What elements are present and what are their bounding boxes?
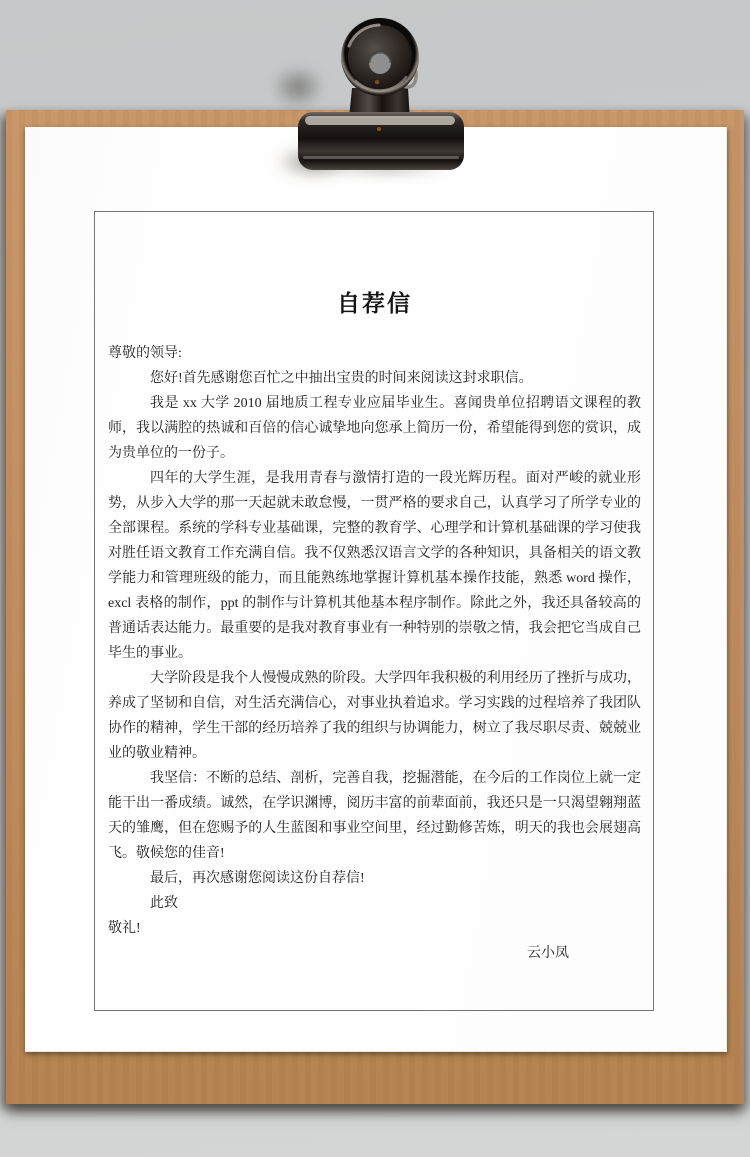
binder-clip (286, 6, 468, 176)
clip-bar-top-highlight (305, 116, 455, 125)
letter-salutation: 尊敬的领导: (108, 341, 641, 366)
letter-paragraph: 最后，再次感谢您阅读这份自荐信! (108, 866, 641, 891)
letter-signature: 云小凤 (108, 941, 641, 966)
clip-bar-glint (377, 127, 381, 131)
clipboard-board: 自荐信 尊敬的领导: 您好!首先感谢您百忙之中抽出宝贵的时间来阅读这封求职信。 … (6, 110, 744, 1104)
letter-border-frame: 自荐信 尊敬的领导: 您好!首先感谢您百忙之中抽出宝贵的时间来阅读这封求职信。 … (94, 211, 654, 1011)
letter-paragraph: 我坚信：不断的总结、剖析，完善自我，挖掘潜能，在今后的工作岗位上就一定能干出一番… (108, 766, 641, 866)
letter-paper: 自荐信 尊敬的领导: 您好!首先感谢您百忙之中抽出宝贵的时间来阅读这封求职信。 … (25, 127, 727, 1052)
letter-paragraph: 您好!首先感谢您百忙之中抽出宝贵的时间来阅读这封求职信。 (108, 366, 641, 391)
letter-title: 自荐信 (108, 288, 641, 318)
letter-paragraph: 四年的大学生涯，是我用青春与激情打造的一段光辉历程。面对严峻的就业形势，从步入大… (108, 466, 641, 666)
letter-closing-jingli: 敬礼! (108, 916, 641, 941)
letter-paragraph: 大学阶段是我个人慢慢成熟的阶段。大学四年我积极的利用经历了挫折与成功，养成了坚韧… (108, 666, 641, 766)
clip-glint-orange (375, 80, 379, 84)
clipboard-photo-scene: 自荐信 尊敬的领导: 您好!首先感谢您百忙之中抽出宝贵的时间来阅读这封求职信。 … (0, 0, 750, 1157)
letter-body: 自荐信 尊敬的领导: 您好!首先感谢您百忙之中抽出宝贵的时间来阅读这封求职信。 … (95, 212, 653, 1010)
clip-bar-lower-highlight (303, 156, 459, 159)
letter-closing-cizhi: 此致 (108, 891, 641, 916)
letter-paragraph: 我是 xx 大学 2010 届地质工程专业应届毕业生。喜闻贵单位招聘语文课程的教… (108, 391, 641, 466)
